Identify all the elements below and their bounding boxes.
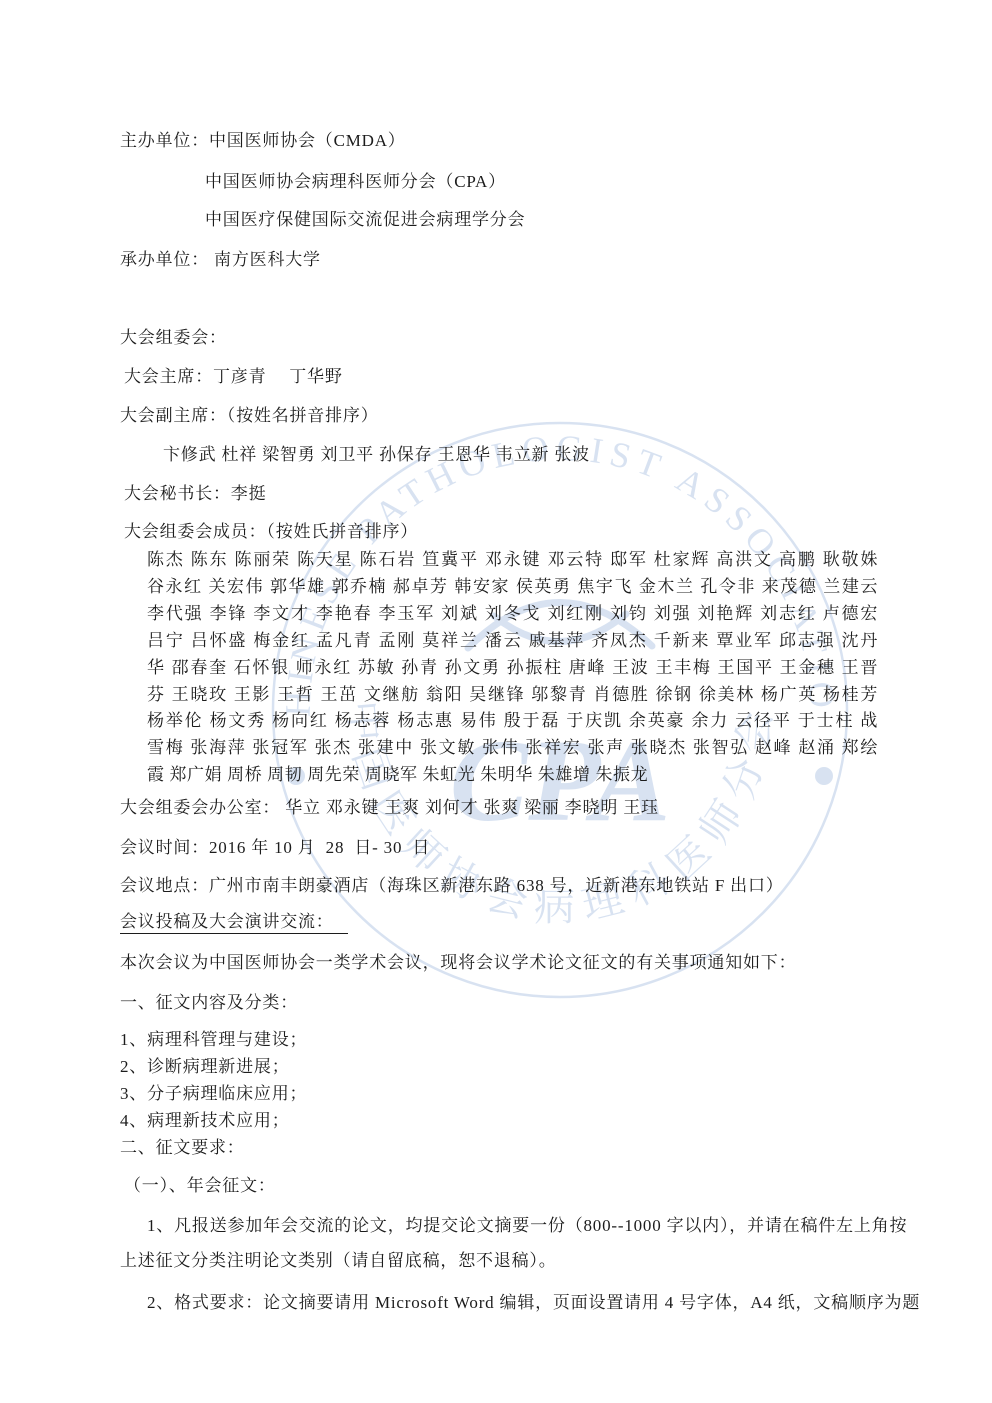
cfp-requirement2: 2、格式要求：论文摘要请用 Microsoft Word 编辑，页面设置请用 4… <box>147 1292 920 1314</box>
cfp-intro: 本次会议为中国医师协会一类学术会议，现将会议学术论文征文的有关事项通知如下： <box>120 952 796 974</box>
cfp-requirement1-line2: 上述征文分类注明论文类别（请自留底稿，恕不退稿）。 <box>120 1250 557 1272</box>
meeting-location: 会议地点：广州市南丰朗豪酒店（海珠区新港东路 638 号，近新港东地铁站 F 出… <box>120 875 784 897</box>
members-line: 谷永红 关宏伟 郭华雄 郭乔楠 郝卓芳 韩安家 侯英勇 焦宇飞 金木兰 孔令非 … <box>147 574 878 601</box>
members-line: 李代强 李锋 李文才 李艳春 李玉军 刘斌 刘冬戈 刘红刚 刘钧 刘强 刘艳辉 … <box>147 601 878 628</box>
committee-secretary: 大会秘书长：李挺 <box>124 483 266 505</box>
members-line: 陈杰 陈东 陈丽荣 陈天星 陈石岩 笪冀平 邓永键 邓云特 邸军 杜家辉 高洪文… <box>147 547 878 574</box>
submission-heading: 会议投稿及大会演讲交流： <box>120 911 348 933</box>
committee-heading: 大会组委会： <box>120 327 227 349</box>
submission-heading-text: 会议投稿及大会演讲交流： <box>120 912 348 934</box>
cfp-requirement1-line1: 1、凡报送参加年会交流的论文，均提交论文摘要一份（800--1000 字以内），… <box>147 1215 907 1237</box>
members-line: 华 邵春奎 石怀银 师永红 苏敏 孙青 孙文勇 孙振柱 唐峰 王波 王丰梅 王国… <box>147 655 878 682</box>
members-line: 杨举伦 杨文秀 杨向红 杨志蓉 杨志惠 易伟 殷于磊 于庆凯 余英豪 余力 云径… <box>147 708 878 735</box>
document-page: CHINESE PATHOLOGIST ASSOCIATION 中国医师协会病理… <box>0 0 992 1403</box>
organizer-line-2: 中国医师协会病理科医师分会（CPA） <box>205 171 506 193</box>
organizer-line-3: 中国医疗保健国际交流促进会病理学分会 <box>205 209 525 231</box>
committee-office: 大会组委会办公室： 华立 邓永键 王爽 刘何才 张爽 梁丽 李晓明 王珏 <box>120 797 659 819</box>
cfp-subsection1: （一）、年会征文： <box>124 1175 276 1197</box>
vice-chair-label: 大会副主席：（按姓名拼音排序） <box>120 405 379 427</box>
committee-chair: 大会主席：丁彦青 丁华野 <box>124 366 343 388</box>
cfp-category-2: 2、诊断病理新进展； <box>120 1056 290 1078</box>
cfp-category-3: 3、分子病理临床应用； <box>120 1083 307 1105</box>
cfp-category-1: 1、病理科管理与建设； <box>120 1029 307 1051</box>
undertaker-line: 承办单位： 南方医科大学 <box>120 249 321 271</box>
organizer-line-1: 主办单位：中国医师协会（CMDA） <box>120 130 406 152</box>
members-label: 大会组委会成员：（按姓氏拼音排序） <box>124 521 418 543</box>
members-line: 吕宁 吕怀盛 梅金红 孟凡青 孟刚 莫祥兰 潘云 戚基萍 齐凤杰 千新来 覃业军… <box>147 628 878 655</box>
cfp-section2-heading: 二、征文要求： <box>120 1137 245 1159</box>
cfp-section1-heading: 一、征文内容及分类： <box>120 992 298 1014</box>
members-line: 芬 王晓玫 王影 王哲 王茁 文继舫 翁阳 吴继锋 邬黎青 肖德胜 徐钢 徐美林… <box>147 682 878 709</box>
members-line: 雪梅 张海萍 张冠军 张杰 张建中 张文敏 张伟 张祥宏 张声 张晓杰 张智弘 … <box>147 735 878 762</box>
vice-chair-names: 卞修武 杜祥 梁智勇 刘卫平 孙保存 王恩华 韦立新 张波 <box>163 444 590 466</box>
meeting-time: 会议时间：2016 年 10 月 28 日- 30 日 <box>120 837 430 859</box>
members-name-block: 陈杰 陈东 陈丽荣 陈天星 陈石岩 笪冀平 邓永键 邓云特 邸军 杜家辉 高洪文… <box>147 547 878 789</box>
members-line: 霞 郑广娟 周桥 周韧 周先荣 周晓军 朱虹光 朱明华 朱雄增 朱振龙 <box>147 762 878 789</box>
cfp-category-4: 4、病理新技术应用； <box>120 1110 290 1132</box>
